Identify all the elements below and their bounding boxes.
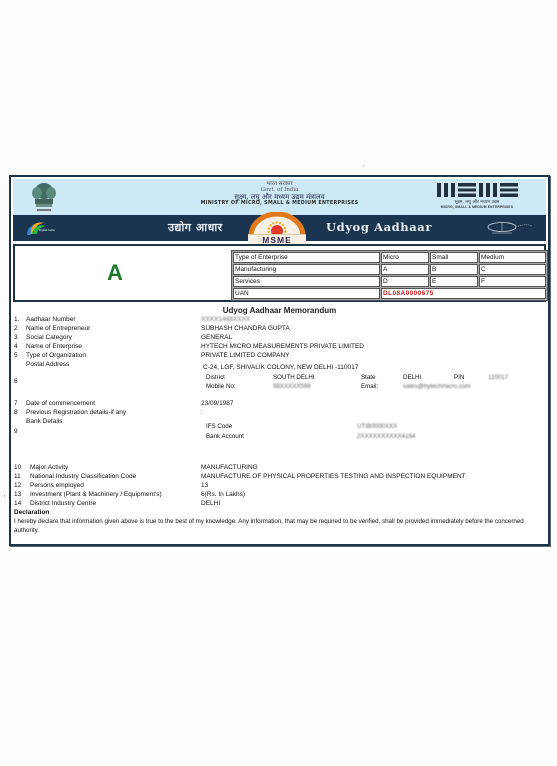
udyog-aadhaar-band: Digital India उद्योग आधार MSME Udyog Aad…: [13, 215, 546, 241]
row-label: Previous Registration details-if any: [26, 408, 126, 417]
pin-value-redacted: 110017: [488, 373, 508, 382]
table-cell: Small: [430, 252, 478, 263]
udyog-aadhaar-hindi: उद्योग आधार: [168, 220, 223, 235]
row-number: 11: [14, 472, 21, 481]
row-value: HYTECH MICRO MEASUREMENTS PRIVATE LIMITE…: [201, 342, 364, 351]
table-cell: C: [479, 264, 546, 275]
table-cell: Type of Enterprise: [233, 252, 380, 263]
table-cell: Services: [233, 276, 380, 287]
row-label: Date of commencement: [26, 399, 95, 408]
email-value-redacted: sales@hytechmicro.com: [403, 382, 471, 391]
bank-account-label: Bank Account: [206, 432, 244, 441]
row-label: Social Category: [26, 333, 72, 342]
row-value: 6(Rs. In Lakhs): [201, 490, 245, 499]
row-value: GENERAL: [201, 333, 232, 342]
table-row: Services D E F: [233, 276, 546, 287]
udyog-aadhaar-english: Udyog Aadhaar: [326, 220, 432, 234]
postal-address-value: C-24, LGF, SHIVALIK COLONY, NEW DELHI -1…: [203, 363, 358, 372]
row-label: Name of Enterprise: [26, 342, 82, 351]
declaration-text: I hereby declare that information given …: [14, 517, 542, 535]
table-cell: F: [479, 276, 546, 287]
uan-label: UAN: [233, 288, 380, 299]
row-number: 3: [14, 333, 18, 342]
uan-row: UAN DL08A0000675: [233, 288, 546, 299]
row-number: 8: [14, 408, 18, 417]
table-row: Manufacturing A B C: [233, 264, 546, 275]
row-label: Type of Organization: [26, 351, 86, 360]
row-value: 13: [201, 481, 208, 490]
district-label: District: [206, 373, 225, 382]
bank-account-value-redacted: 2XXXXXXXXXX4164: [357, 432, 415, 441]
state-label: State: [361, 373, 375, 382]
row-number: 4: [14, 342, 18, 351]
udyog-aadhaar-certificate: भारत सरकार Govt. of India सूक्ष्म, लघु औ…: [9, 175, 550, 546]
state-value: DELHI: [403, 373, 421, 382]
row-label: National Industry Classification Code: [30, 472, 136, 481]
row-label: Investment (Plant & Machinery / Equipmen…: [30, 490, 162, 499]
row-value: DELHI: [201, 499, 220, 508]
uan-value: DL08A0000675: [381, 288, 546, 299]
msme-wordmark-icon: [428, 183, 526, 197]
table-cell: E: [430, 276, 478, 287]
digital-india-label: Digital India: [39, 228, 55, 232]
row-label: Persons employed: [30, 481, 84, 490]
ministry-header: भारत सरकार Govt. of India सूक्ष्म, लघु औ…: [13, 179, 546, 215]
scan-speck: ˊ: [362, 164, 365, 174]
table-cell: Micro: [381, 252, 429, 263]
row-label: District Industry Centre: [30, 499, 96, 508]
table-cell: B: [430, 264, 478, 275]
row-number: 10: [14, 463, 21, 472]
district-value: SOUTH DELHI: [273, 373, 315, 382]
swachh-bharat-badge-icon: [486, 221, 534, 235]
enterprise-type-table: Type of Enterprise Micro Small Medium Ma…: [231, 250, 548, 301]
row-label: Bank Details: [26, 417, 63, 426]
mobile-label: Mobile No:: [206, 382, 236, 391]
row-value-redacted: XXXX1443XXXX: [201, 315, 250, 324]
msme-sub-english: MICRO, SMALL & MEDIUM ENTERPRISES: [428, 205, 526, 209]
ifs-code-label: IFS Code: [206, 422, 232, 431]
table-cell: A: [381, 264, 429, 275]
row-label: Name of Entrepreneur: [26, 324, 90, 333]
memorandum-title: Udyog Aadhaar Memorandum: [11, 306, 548, 315]
row-value: PRIVATE LIMITED COMPANY: [201, 351, 289, 360]
row-number: 6: [14, 377, 18, 386]
ifs-code-value-redacted: UTIB0000XXX: [357, 422, 397, 431]
row-value: MANUFACTURE OF PHYSICAL PROPERTIES TESTI…: [201, 472, 466, 481]
row-number: 12: [14, 481, 21, 490]
table-cell: Manufacturing: [233, 264, 380, 275]
row-label: Aadhaar Number: [26, 315, 76, 324]
row-number: 14: [14, 499, 21, 508]
row-label: Major Activity: [30, 463, 68, 472]
row-value: :: [201, 408, 203, 417]
enterprise-category-summary: A Type of Enterprise Micro Small Medium …: [13, 244, 546, 302]
row-number: 13: [14, 490, 21, 499]
msme-logo: सूक्ष्म, लघु और मध्यम उद्यम MICRO, SMALL…: [428, 183, 526, 209]
row-number: 5: [14, 351, 18, 360]
row-value: MANUFACTURING: [201, 463, 258, 472]
row-number: 1.: [14, 315, 19, 324]
row-number: 9: [14, 427, 18, 436]
scan-speck: ,: [3, 488, 6, 498]
udyog-aadhaar-seal: MSME: [248, 212, 306, 245]
row-number: 2: [14, 324, 18, 333]
pin-label: PIN: [454, 373, 464, 382]
mobile-value-redacted: 98XXXXX566: [273, 382, 311, 391]
row-label: Postal Address: [26, 360, 69, 369]
table-cell: Medium: [479, 252, 546, 263]
row-value: SUBHASH CHANDRA GUPTA: [201, 324, 290, 333]
declaration-heading: Declaration: [14, 509, 49, 516]
row-number: 7: [14, 399, 18, 408]
enterprise-category-letter: A: [107, 260, 123, 286]
email-label: Email:: [361, 382, 378, 391]
table-header-row: Type of Enterprise Micro Small Medium: [233, 252, 546, 263]
table-cell: D: [381, 276, 429, 287]
row-value: 23/09/1987: [201, 399, 234, 408]
